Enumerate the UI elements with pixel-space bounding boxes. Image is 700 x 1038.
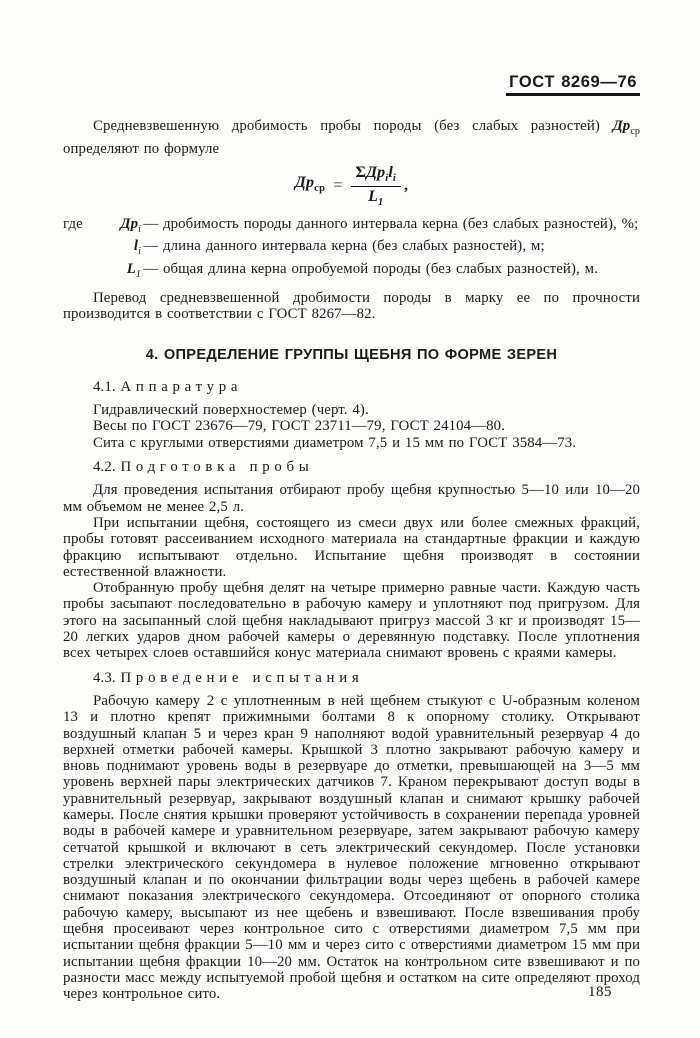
formula: Дрср = ΣДрili L1 , [295,164,408,209]
where-term: li [91,238,141,260]
fraction-denominator: L1 [351,187,401,209]
apparatus-item: Сита с круглыми отверстиями диаметром 7,… [63,435,640,451]
formula-lhs-sub: ср [314,183,325,194]
where-definition: длина данного интервала керна (без слабы… [161,238,640,254]
where-row: li — длина данного интервала керна (без … [63,238,640,260]
subsection-4-1-heading: 4.1. Аппаратура [63,379,640,395]
paragraph: Отобранную пробу щебня делят на четыре п… [63,580,640,661]
document-header: ГОСТ 8269—76 [63,74,640,96]
standard-number: ГОСТ 8269—76 [506,74,640,96]
page-number: 185 [588,984,612,1000]
intro-text-after: определяют по формуле [63,141,219,157]
paragraph: Для проведения испытания отбирают пробу … [63,482,640,515]
apparatus-item: Гидравлический поверхностемер (черт. 4). [63,402,640,418]
term-base: Др [120,216,138,232]
where-term: L1 [91,261,141,283]
apparatus-item: Весы по ГОСТ 23676—79, ГОСТ 23711—79, ГО… [63,418,640,434]
intro-text-before: Средневзвешенную дробимость пробы породы… [93,118,600,134]
denominator-base: L [368,188,378,205]
subsection-title: Аппаратура [121,379,243,395]
sigma-symbol: Σ [356,164,367,181]
where-row: где Дрi — дробимость породы данного инте… [63,216,640,238]
dash: — [141,216,161,232]
section-4-heading: 4. ОПРЕДЕЛЕНИЕ ГРУППЫ ЩЕБНЯ ПО ФОРМЕ ЗЕР… [63,347,640,363]
fraction: ΣДрili L1 [351,164,401,209]
formula-lhs: Дрср [295,175,325,197]
document-page: ГОСТ 8269—76 Средневзвешенную дробимость… [0,0,700,1038]
symbol-subscript: ср [630,126,640,137]
symbol-base: Др [613,118,631,134]
subsection-number: 4.2. [93,459,116,475]
paragraph: При испытании щебня, состоящего из смеси… [63,515,640,580]
where-label: где [63,216,91,232]
formula-lhs-base: Др [295,174,314,191]
subsection-4-3-heading: 4.3. Проведение испытания [63,670,640,686]
denominator-sub: 1 [378,197,383,208]
paragraph: Рабочую камеру 2 с уплотненным в ней щеб… [63,693,640,1003]
perevod-paragraph: Перевод средневзвешенной дробимости поро… [63,290,640,323]
dash: — [141,261,161,277]
subsection-title: Подготовка пробы [121,459,314,475]
equals-sign: = [332,178,343,194]
where-list: где Дрi — дробимость породы данного инте… [63,216,640,283]
where-row: L1 — общая длина керна опробуемой породы… [63,261,640,283]
subsection-4-2-heading: 4.2. Подготовка пробы [63,459,640,475]
term-base: L [127,261,136,277]
formula-block: Дрср = ΣДрili L1 , [63,164,640,209]
dash: — [141,238,161,254]
numerator-term-1: Др [366,164,385,181]
subsection-title: Проведение испытания [121,670,364,686]
intro-paragraph: Средневзвешенную дробимость пробы породы… [63,118,640,157]
where-definition: дробимость породы данного интервала керн… [161,216,640,232]
fraction-numerator: ΣДрili [351,164,401,187]
subsection-number: 4.1. [93,379,116,395]
numerator-sub-2: i [393,173,396,184]
subsection-number: 4.3. [93,670,116,686]
crushability-symbol: Дрср [613,118,640,134]
where-definition: общая длина керна опробуемой породы (без… [161,261,640,277]
where-term: Дрi [91,216,141,238]
formula-comma: , [404,178,408,194]
